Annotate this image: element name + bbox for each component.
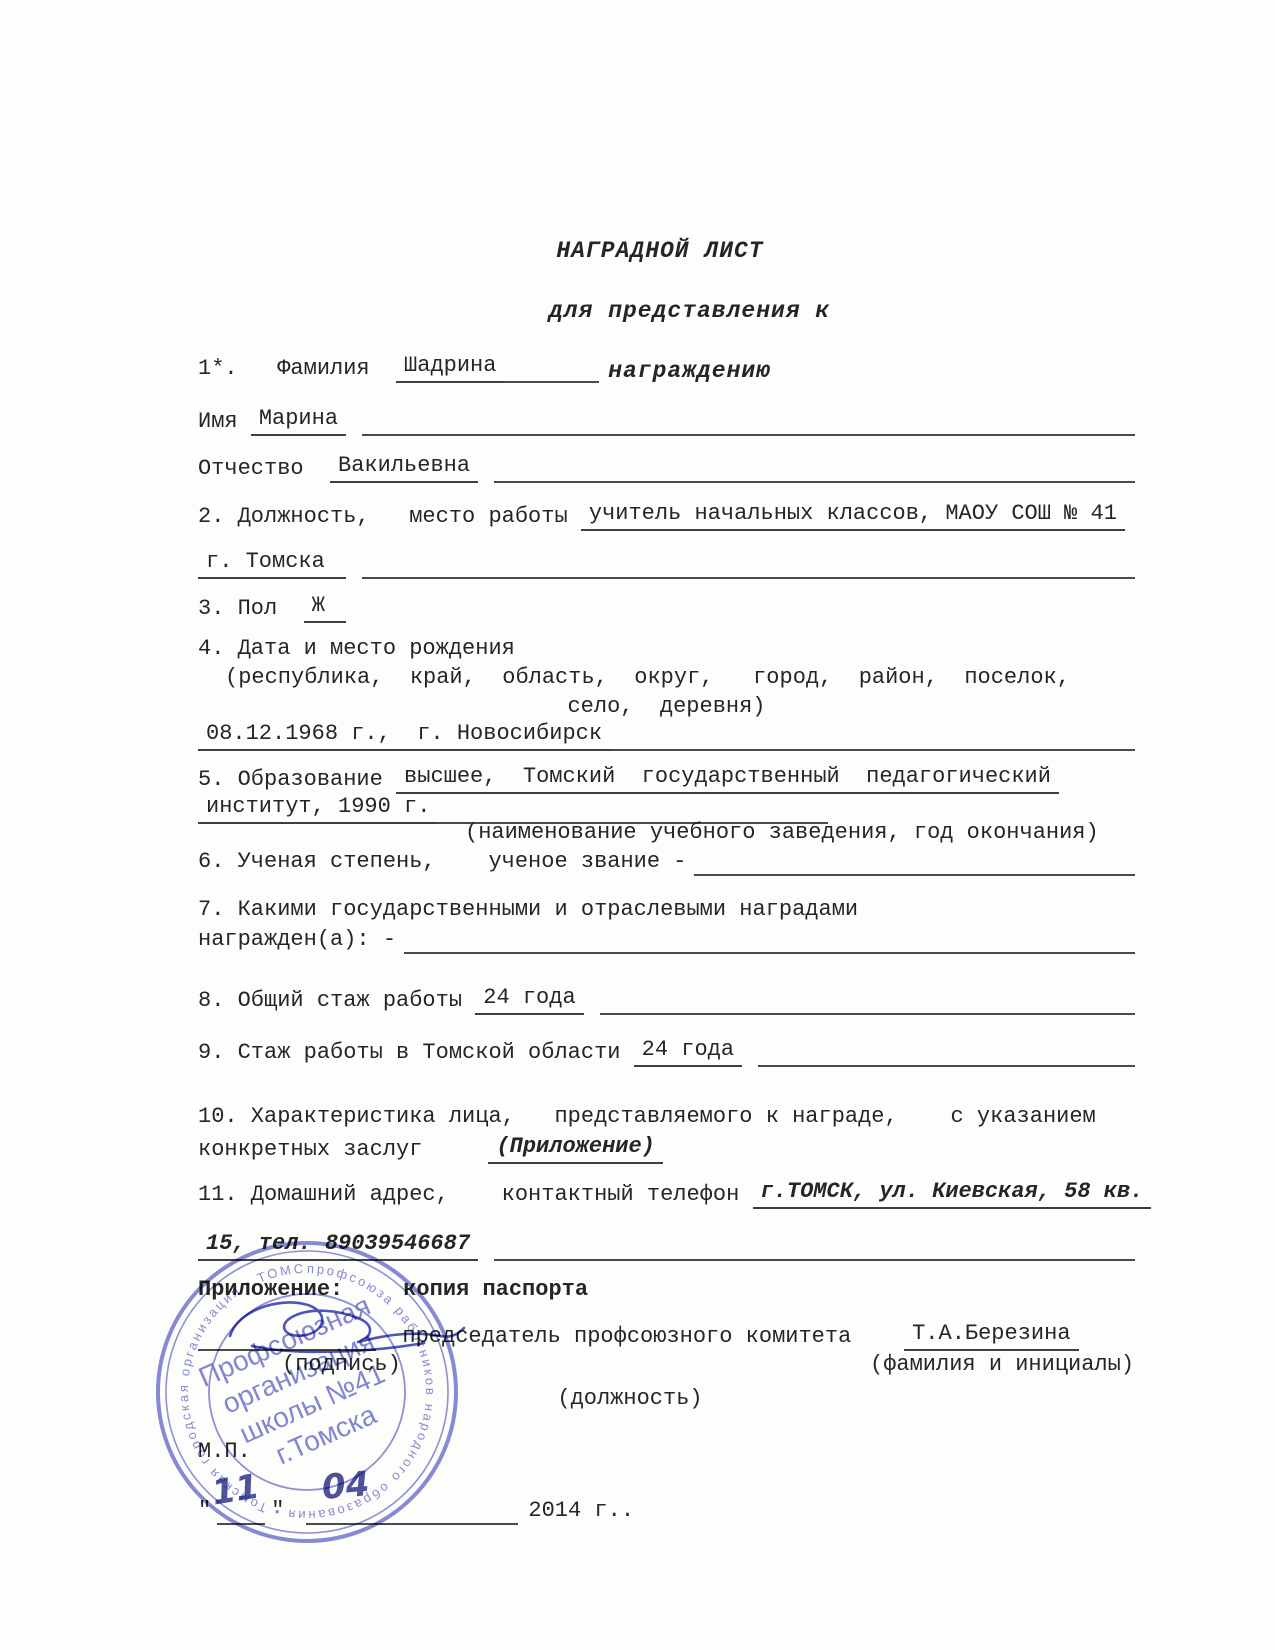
signature-stroke-2 [252,1343,424,1352]
title-line-1: НАГРАДНОЙ ЛИСТ [556,238,763,264]
surname-label: 1*. Фамилия [198,355,396,383]
education-value-1: высшее, Томский государственный педагоги… [396,763,1059,794]
address-label: 11. Домашний адрес, контактный телефон [198,1181,753,1209]
address-underline [494,1257,1135,1261]
signature-stroke-1 [230,1302,464,1342]
first-name-value: Марина [251,405,346,436]
field-first-name: Имя Марина [198,405,1135,436]
position-label: 2. Должность, место работы [198,503,581,531]
total-experience-label: 8. Общий стаж работы [198,987,475,1015]
characteristic-value: (Приложение) [488,1133,662,1164]
union-round-stamp: профсоюза работников народного образован… [147,1222,467,1562]
document-title: НАГРАДНОЙ ЛИСТ для представления к награ… [400,236,920,416]
birth-hint-2: село, деревня) [198,694,1135,719]
field-address: 11. Домашний адрес, контактный телефон г… [198,1178,1135,1209]
degree-label: 6. Ученая степень, ученое звание [198,848,673,876]
scanned-document-page: НАГРАДНОЙ ЛИСТ для представления к награ… [0,0,1275,1650]
patronymic-underline [494,479,1135,483]
education-hint: (наименование учебного заведения, год ок… [465,820,1099,845]
field-surname: 1*. Фамилия Шадрина [198,352,1135,383]
field-total-experience: 8. Общий стаж работы 24 года [198,984,1135,1015]
field-awards-label: 7. Какими государственными и отраслевыми… [198,896,1135,924]
awards-label-1: 7. Какими государственными и отраслевыми… [198,896,858,924]
date-year: 2014 г.. [528,1497,634,1525]
field-position: 2. Должность, место работы учитель начал… [198,500,1135,531]
gender-label: 3. Пол [198,595,304,623]
signer-name: Т.А.Березина [904,1320,1078,1351]
birth-underline [610,747,1135,751]
position-value: учитель начальных классов, МАОУ СОШ № 41 [581,500,1125,531]
surname-underline [504,379,599,383]
field-birth-label: 4. Дата и место рождения [198,635,1135,663]
handwritten-signature [212,1288,482,1378]
title-line-2: для представления к [549,298,830,324]
address-value-1: г.ТОМСК, ул. Киевская, 58 кв. [753,1178,1152,1209]
total-experience-value: 24 года [475,984,583,1015]
birth-hint-1: (республика, край, область, округ, город… [225,665,1070,690]
position-value-cont: г. Томска [198,548,346,579]
position-underline [362,575,1135,579]
first-name-label: Имя [198,408,251,436]
field-position-cont: г. Томска [198,548,1135,579]
awards-label-2: награжден(а): [198,926,383,954]
field-patronymic: Отчество Вакильевна [198,452,1135,483]
field-awards-value: награжден(а): - [198,926,1135,954]
field-degree: 6. Ученая степень, ученое звание - [198,848,1135,876]
patronymic-label: Отчество [198,455,330,483]
degree-underline [694,872,1135,876]
position-hint: (должность) [430,1386,830,1411]
awards-underline [404,950,1135,954]
field-characteristic-label: 10. Характеристика лица, представляемого… [198,1103,1135,1131]
field-characteristic-value: конкретных заслуг (Приложение) [198,1133,1135,1164]
patronymic-value: Вакильевна [330,452,478,483]
education-label: 5. Образование [198,766,396,794]
birth-label: 4. Дата и место рождения [198,635,515,663]
field-birth-value: 08.12.1968 г., г. Новосибирск [198,720,1135,751]
gender-value: Ж [304,592,346,623]
characteristic-label-1: 10. Характеристика лица, представляемого… [198,1103,1096,1131]
regional-experience-label: 9. Стаж работы в Томской области [198,1039,634,1067]
characteristic-label-2: конкретных заслуг [198,1136,488,1164]
field-education: 5. Образование высшее, Томский государст… [198,763,1135,794]
education-value-2: институт, 1990 г. [198,793,438,824]
total-experience-underline [600,1011,1135,1015]
field-regional-experience: 9. Стаж работы в Томской области 24 года [198,1036,1135,1067]
regional-experience-value: 24 года [634,1036,742,1067]
birth-value: 08.12.1968 г., г. Новосибирск [198,720,610,751]
first-name-underline [362,432,1135,436]
name-hint: (фамилия и инициалы) [870,1352,1134,1377]
degree-value: - [673,848,686,876]
regional-experience-underline [758,1063,1135,1067]
field-gender: 3. Пол Ж [198,592,1135,623]
surname-value: Шадрина [396,352,504,383]
field-education-cont: институт, 1990 г. [198,793,1135,824]
awards-value: - [383,926,396,954]
